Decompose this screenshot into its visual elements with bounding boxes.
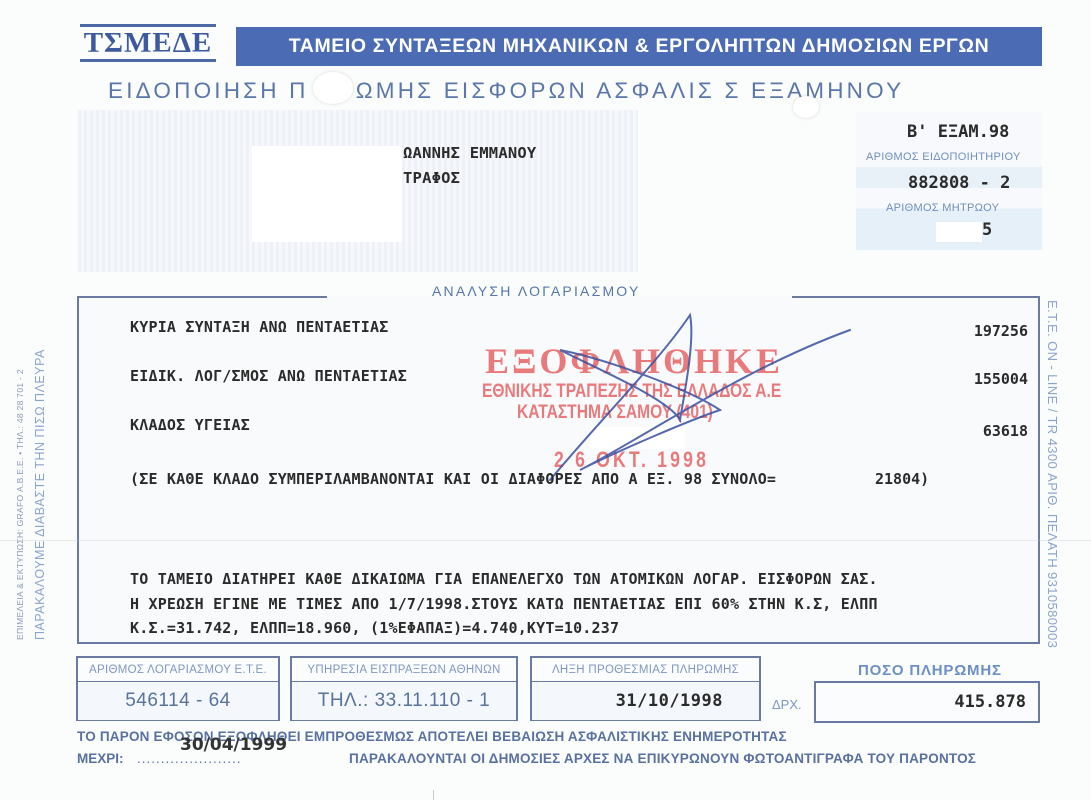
divider xyxy=(77,296,327,298)
tsmede-logo: ΤΣΜΕΔΕ xyxy=(80,24,216,62)
fold-line xyxy=(0,540,1091,541)
period: Β' ΕΞΑΜ.98 xyxy=(907,122,1009,142)
remark-line: Η ΧΡΕΩΣΗ ΕΓΙΝΕ ΜΕ ΤΙΜΕΣ ΑΠΟ 1/7/1998.ΣΤΟ… xyxy=(130,595,878,613)
read-back-note: ΠΑΡΑΚΑΛΟΥΜΕ ΔΙΑΒΑΣΤΕ ΤΗΝ ΠΙΣΩ ΠΛΕΥΡΑ xyxy=(33,349,47,640)
analysis-title: ΑΝΑΛΥΣΗ ΛΟΓΑΡΙΑΣΜΟΥ xyxy=(432,283,641,299)
printer-credit: ΕΠΙΜΕΛΕΙΑ & ΕΚΤΥΠΩΣΗ: GRAFO Α.Β.Ε.Ε. • Τ… xyxy=(15,349,25,640)
remark-line: Κ.Σ.=31.742, ΕΛΠΠ=18.960, (1%ΕΦΑΠΑΞ)=4.7… xyxy=(130,619,619,637)
row-label: ΚΛΑΔΟΣ ΥΓΕΙΑΣ xyxy=(130,416,250,434)
document-title: ΕΙΔΟΠΟΙΗΣΗ Π ΗΡΩΜΗΣ ΕΙΣΦΟΡΩΝ ΑΣΦΑΛΙΣ Σ Ε… xyxy=(108,78,1023,104)
addressee-name: ΩΑΝΝΗΣ ΕΜΜΑΝΟΥ xyxy=(403,144,536,162)
registry-number: 5 xyxy=(982,220,992,240)
deadline-label: ΛΗΞΗ ΠΡΟΘΕΣΜΙΑΣ ΠΛΗΡΩΜΗΣ xyxy=(532,658,759,682)
addressee-profession: ΤΡΑΦΟΣ xyxy=(403,169,460,187)
row-value: 197256 xyxy=(974,322,1028,340)
currency-label: ΔΡΧ. xyxy=(772,697,802,712)
valid-until-label: ΜΕΧΡΙ: xyxy=(77,751,124,766)
punch-hole xyxy=(793,96,819,118)
collection-service-box: ΥΠΗΡΕΣΙΑ ΕΙΣΠΡΑΞΕΩΝ ΑΘΗΝΩΝ ΤΗΛ.: 33.11.1… xyxy=(290,656,518,721)
account-number-box: ΑΡΙΘΜΟΣ ΛΟΓΑΡΙΑΣΜΟΥ Ε.Τ.Ε. 546114 - 64 xyxy=(76,656,280,721)
collection-service-label: ΥΠΗΡΕΣΙΑ ΕΙΣΠΡΑΞΕΩΝ ΑΘΗΝΩΝ xyxy=(292,658,516,682)
payment-amount-value: 415.878 xyxy=(814,681,1040,723)
fold-line xyxy=(433,790,434,800)
remark-line: ΤΟ ΤΑΜΕΙΟ ΔΙΑΤΗΡΕΙ ΚΑΘΕ ΔΙΚΑΙΩΜΑ ΓΙΑ ΕΠΑ… xyxy=(130,570,878,588)
row-value: 63618 xyxy=(983,422,1028,440)
payment-amount-label: ΠΟΣΟ ΠΛΗΡΩΜΗΣ xyxy=(858,662,1002,679)
punch-hole xyxy=(313,72,353,104)
deadline-value: 31/10/1998 xyxy=(532,682,759,720)
collection-service-value: ΤΗΛ.: 33.11.110 - 1 xyxy=(292,682,516,720)
row-label: ΚΥΡΙΑ ΣΥΝΤΑΞΗ ΑΝΩ ΠΕΝΤΑΕΤΙΑΣ xyxy=(130,318,388,336)
valid-until-dots: ...................... xyxy=(137,751,242,766)
redaction xyxy=(252,146,402,242)
copies-note: ΠΑΡΑΚΑΛΟΥΝΤΑΙ ΟΙ ΔΗΜΟΣΙΕΣ ΑΡΧΕΣ ΝΑ ΕΠΙΚΥ… xyxy=(349,751,976,766)
differences-total: 21804) xyxy=(875,470,929,488)
notice-number: 882808 - 2 xyxy=(908,173,1010,193)
registry-number-label: ΑΡΙΘΜΟΣ ΜΗΤΡΩΟΥ xyxy=(886,202,999,214)
deadline-box: ΛΗΞΗ ΠΡΟΘΕΣΜΙΑΣ ΠΛΗΡΩΜΗΣ 31/10/1998 xyxy=(530,656,761,721)
organization-banner: ΤΑΜΕΙΟ ΣΥΝΤΑΞΕΩΝ ΜΗΧΑΝΙΚΩΝ & ΕΡΓΟΛΗΠΤΩΝ … xyxy=(236,27,1042,66)
row-label: ΕΙΔΙΚ. ΛΟΓ/ΣΜΟΣ ΑΝΩ ΠΕΝΤΑΕΤΙΑΣ xyxy=(130,367,407,385)
divider xyxy=(792,296,1040,298)
signature-icon xyxy=(520,300,860,490)
differences-note: (ΣΕ ΚΑΘΕ ΚΛΑΔΟ ΣΥΜΠΕΡΙΛΑΜΒΑΝΟΝΤΑΙ ΚΑΙ ΟΙ… xyxy=(130,470,776,488)
row-value: 155004 xyxy=(974,370,1028,388)
account-number-label: ΑΡΙΘΜΟΣ ΛΟΓΑΡΙΑΣΜΟΥ Ε.Τ.Ε. xyxy=(78,658,278,682)
side-text-left: ΕΠΙΜΕΛΕΙΑ & ΕΚΤΥΠΩΣΗ: GRAFO Α.Β.Ε.Ε. • Τ… xyxy=(15,349,47,640)
redaction xyxy=(936,222,982,242)
notice-number-label: ΑΡΙΘΜΟΣ ΕΙΔΟΠΟΙΗΤΗΡΙΟΥ xyxy=(866,151,1021,163)
bank-reference: Ε.Τ.Ε. ON - LINE / TR 4300 ΑΡΙΘ. ΠΕΛΑΤΗ … xyxy=(1045,300,1060,648)
account-number-value: 546114 - 64 xyxy=(78,682,278,720)
